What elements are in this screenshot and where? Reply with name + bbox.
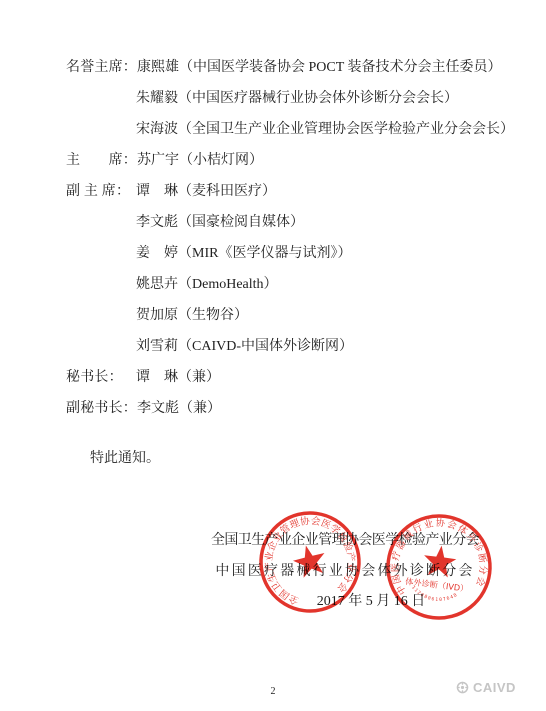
roster-entry: 姚思卉（DemoHealth） (136, 269, 526, 300)
roster-row: 李文彪（国豪检阅自媒体） (66, 207, 526, 238)
roster-entry: 贺加原（生物谷） (136, 300, 526, 331)
roster-entry: 朱耀毅（中国医疗器械行业协会体外诊断分会会长） (136, 83, 526, 114)
closing-note: 特此通知。 (90, 448, 160, 470)
roster-role-label (66, 331, 136, 362)
roster-role-label: 秘书长： (66, 362, 136, 393)
roster-entry: 李文彪（国豪检阅自媒体） (136, 207, 526, 238)
roster-role-label (66, 207, 136, 238)
roster-entry: 康熙雄（中国医学装备协会 POCT 装备技术分会主任委员） (137, 52, 526, 83)
roster-entry: 苏广宇（小桔灯网） (137, 145, 526, 176)
caivd-logo-icon (456, 681, 469, 694)
roster-entry: 谭 琳（兼） (136, 362, 526, 393)
roster-row: 副秘书长：李文彪（兼） (66, 393, 526, 424)
roster-row: 宋海波（全国卫生产业企业管理协会医学检验产业分会会长） (66, 114, 526, 145)
roster-role-label (66, 238, 136, 269)
roster-entry: 姜 婷（MIR《医学仪器与试剂》） (136, 238, 526, 269)
document-page: 名誉主席：康熙雄（中国医学装备协会 POCT 装备技术分会主任委员）朱耀毅（中国… (0, 0, 546, 711)
roster-role-label: 名誉主席： (66, 52, 137, 83)
roster-row: 副 主 席：谭 琳（麦科田医疗） (66, 176, 526, 207)
roster-role-label: 副秘书长： (66, 393, 137, 424)
seal-left-star-icon (290, 542, 329, 580)
roster-row: 贺加原（生物谷） (66, 300, 526, 331)
roster-row: 秘书长：谭 琳（兼） (66, 362, 526, 393)
roster-entry: 李文彪（兼） (137, 393, 526, 424)
roster-role-label: 副 主 席： (66, 176, 136, 207)
roster-row: 名誉主席：康熙雄（中国医学装备协会 POCT 装备技术分会主任委员） (66, 52, 526, 83)
roster-entry: 谭 琳（麦科田医疗） (136, 176, 526, 207)
seal-right-stamp: 中国医疗器械行业协会体外诊断分会 体外诊断（IVD） 1120806107648 (377, 505, 502, 630)
roster: 名誉主席：康熙雄（中国医学装备协会 POCT 装备技术分会主任委员）朱耀毅（中国… (66, 52, 526, 424)
roster-role-label: 主 席： (66, 145, 137, 176)
roster-row: 姚思卉（DemoHealth） (66, 269, 526, 300)
roster-row: 姜 婷（MIR《医学仪器与试剂》） (66, 238, 526, 269)
roster-role-label (66, 114, 136, 145)
seal-right-star-icon (422, 544, 458, 579)
roster-entry: 刘雪莉（CAIVD-中国体外诊断网） (136, 331, 526, 362)
roster-role-label (66, 83, 136, 114)
roster-row: 主 席：苏广宇（小桔灯网） (66, 145, 526, 176)
roster-row: 朱耀毅（中国医疗器械行业协会体外诊断分会会长） (66, 83, 526, 114)
roster-role-label (66, 300, 136, 331)
roster-row: 刘雪莉（CAIVD-中国体外诊断网） (66, 331, 526, 362)
roster-role-label (66, 269, 136, 300)
watermark: CAIVD (456, 680, 516, 695)
roster-entry: 宋海波（全国卫生产业企业管理协会医学检验产业分会会长） (136, 114, 526, 145)
watermark-label: CAIVD (473, 680, 516, 695)
